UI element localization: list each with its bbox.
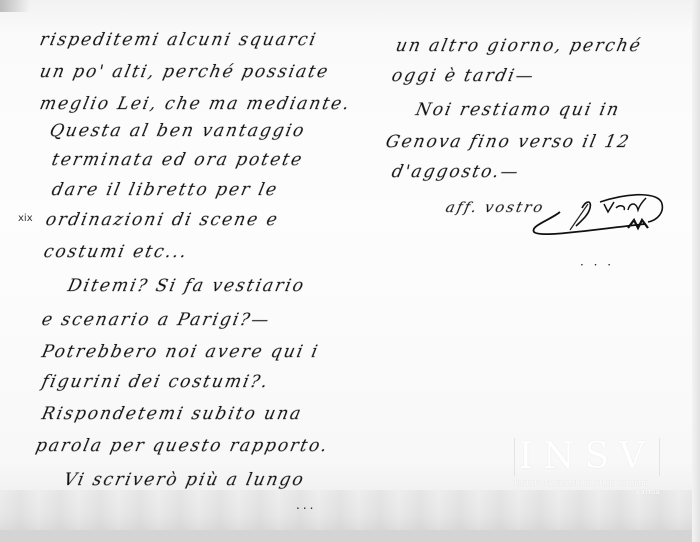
paper-bottom-edge — [0, 530, 700, 542]
letter-line-left-4: Questa al ben vantaggio — [48, 121, 308, 141]
watermark-institution: Istituto Nazionale di Studi Verdiani — [514, 478, 660, 487]
watermark-city: Parma — [514, 487, 660, 496]
signature: G. Verdi — [530, 190, 665, 240]
letter-line-left-15: Vi scriverò più a lungo — [62, 470, 307, 490]
letter-line-right-1: un altro giorno, perché — [394, 36, 644, 56]
margin-note: xix — [18, 213, 33, 224]
paper-right-edge — [692, 0, 700, 542]
letter-line-left-12: figurini dei costumi?. — [40, 372, 271, 392]
letter-line-left-7: ordinazioni di scene e — [44, 210, 281, 230]
letter-line-right-5: d'aggosto.— — [390, 162, 522, 182]
letter-line-left-9: Ditemi? Si fa vestiario — [66, 276, 307, 296]
letter-line-right-2: oggi è tardi— — [390, 66, 537, 86]
manuscript-page: rispeditemi alcuni squarci un po' alti, … — [0, 0, 700, 542]
letter-line-right-4: Genova fino verso il 12 — [384, 132, 633, 152]
insv-watermark: INSV Istituto Nazionale di Studi Verdian… — [514, 438, 660, 508]
trailing-mark-left: ... — [296, 498, 316, 512]
letter-line-left-1: rispeditemi alcuni squarci — [38, 30, 319, 50]
letter-line-left-11: Potrebbero noi avere qui i — [40, 342, 321, 362]
signature-flourish-icon — [530, 190, 665, 240]
scan-corner-mark — [0, 0, 30, 12]
letter-line-left-14: parola per questo rapporto. — [34, 436, 331, 456]
letter-line-right-3: Noi restiamo qui in — [414, 100, 622, 120]
letter-line-left-6: dare il libretto per le — [50, 180, 280, 200]
letter-line-left-8: costumi etc... — [42, 242, 190, 262]
trailing-mark-right: · · · — [580, 258, 614, 272]
letter-line-left-5: terminata ed ora potete — [50, 150, 305, 170]
letter-line-left-10: e scenario a Parigi?— — [40, 310, 273, 330]
watermark-logo: INSV — [514, 438, 660, 476]
letter-line-left-3: meglio Lei, che ma mediante. — [38, 94, 353, 114]
letter-line-left-2: un po' alti, perché possiate — [38, 62, 331, 82]
letter-line-left-13: Rispondetemi subito una — [40, 404, 305, 424]
